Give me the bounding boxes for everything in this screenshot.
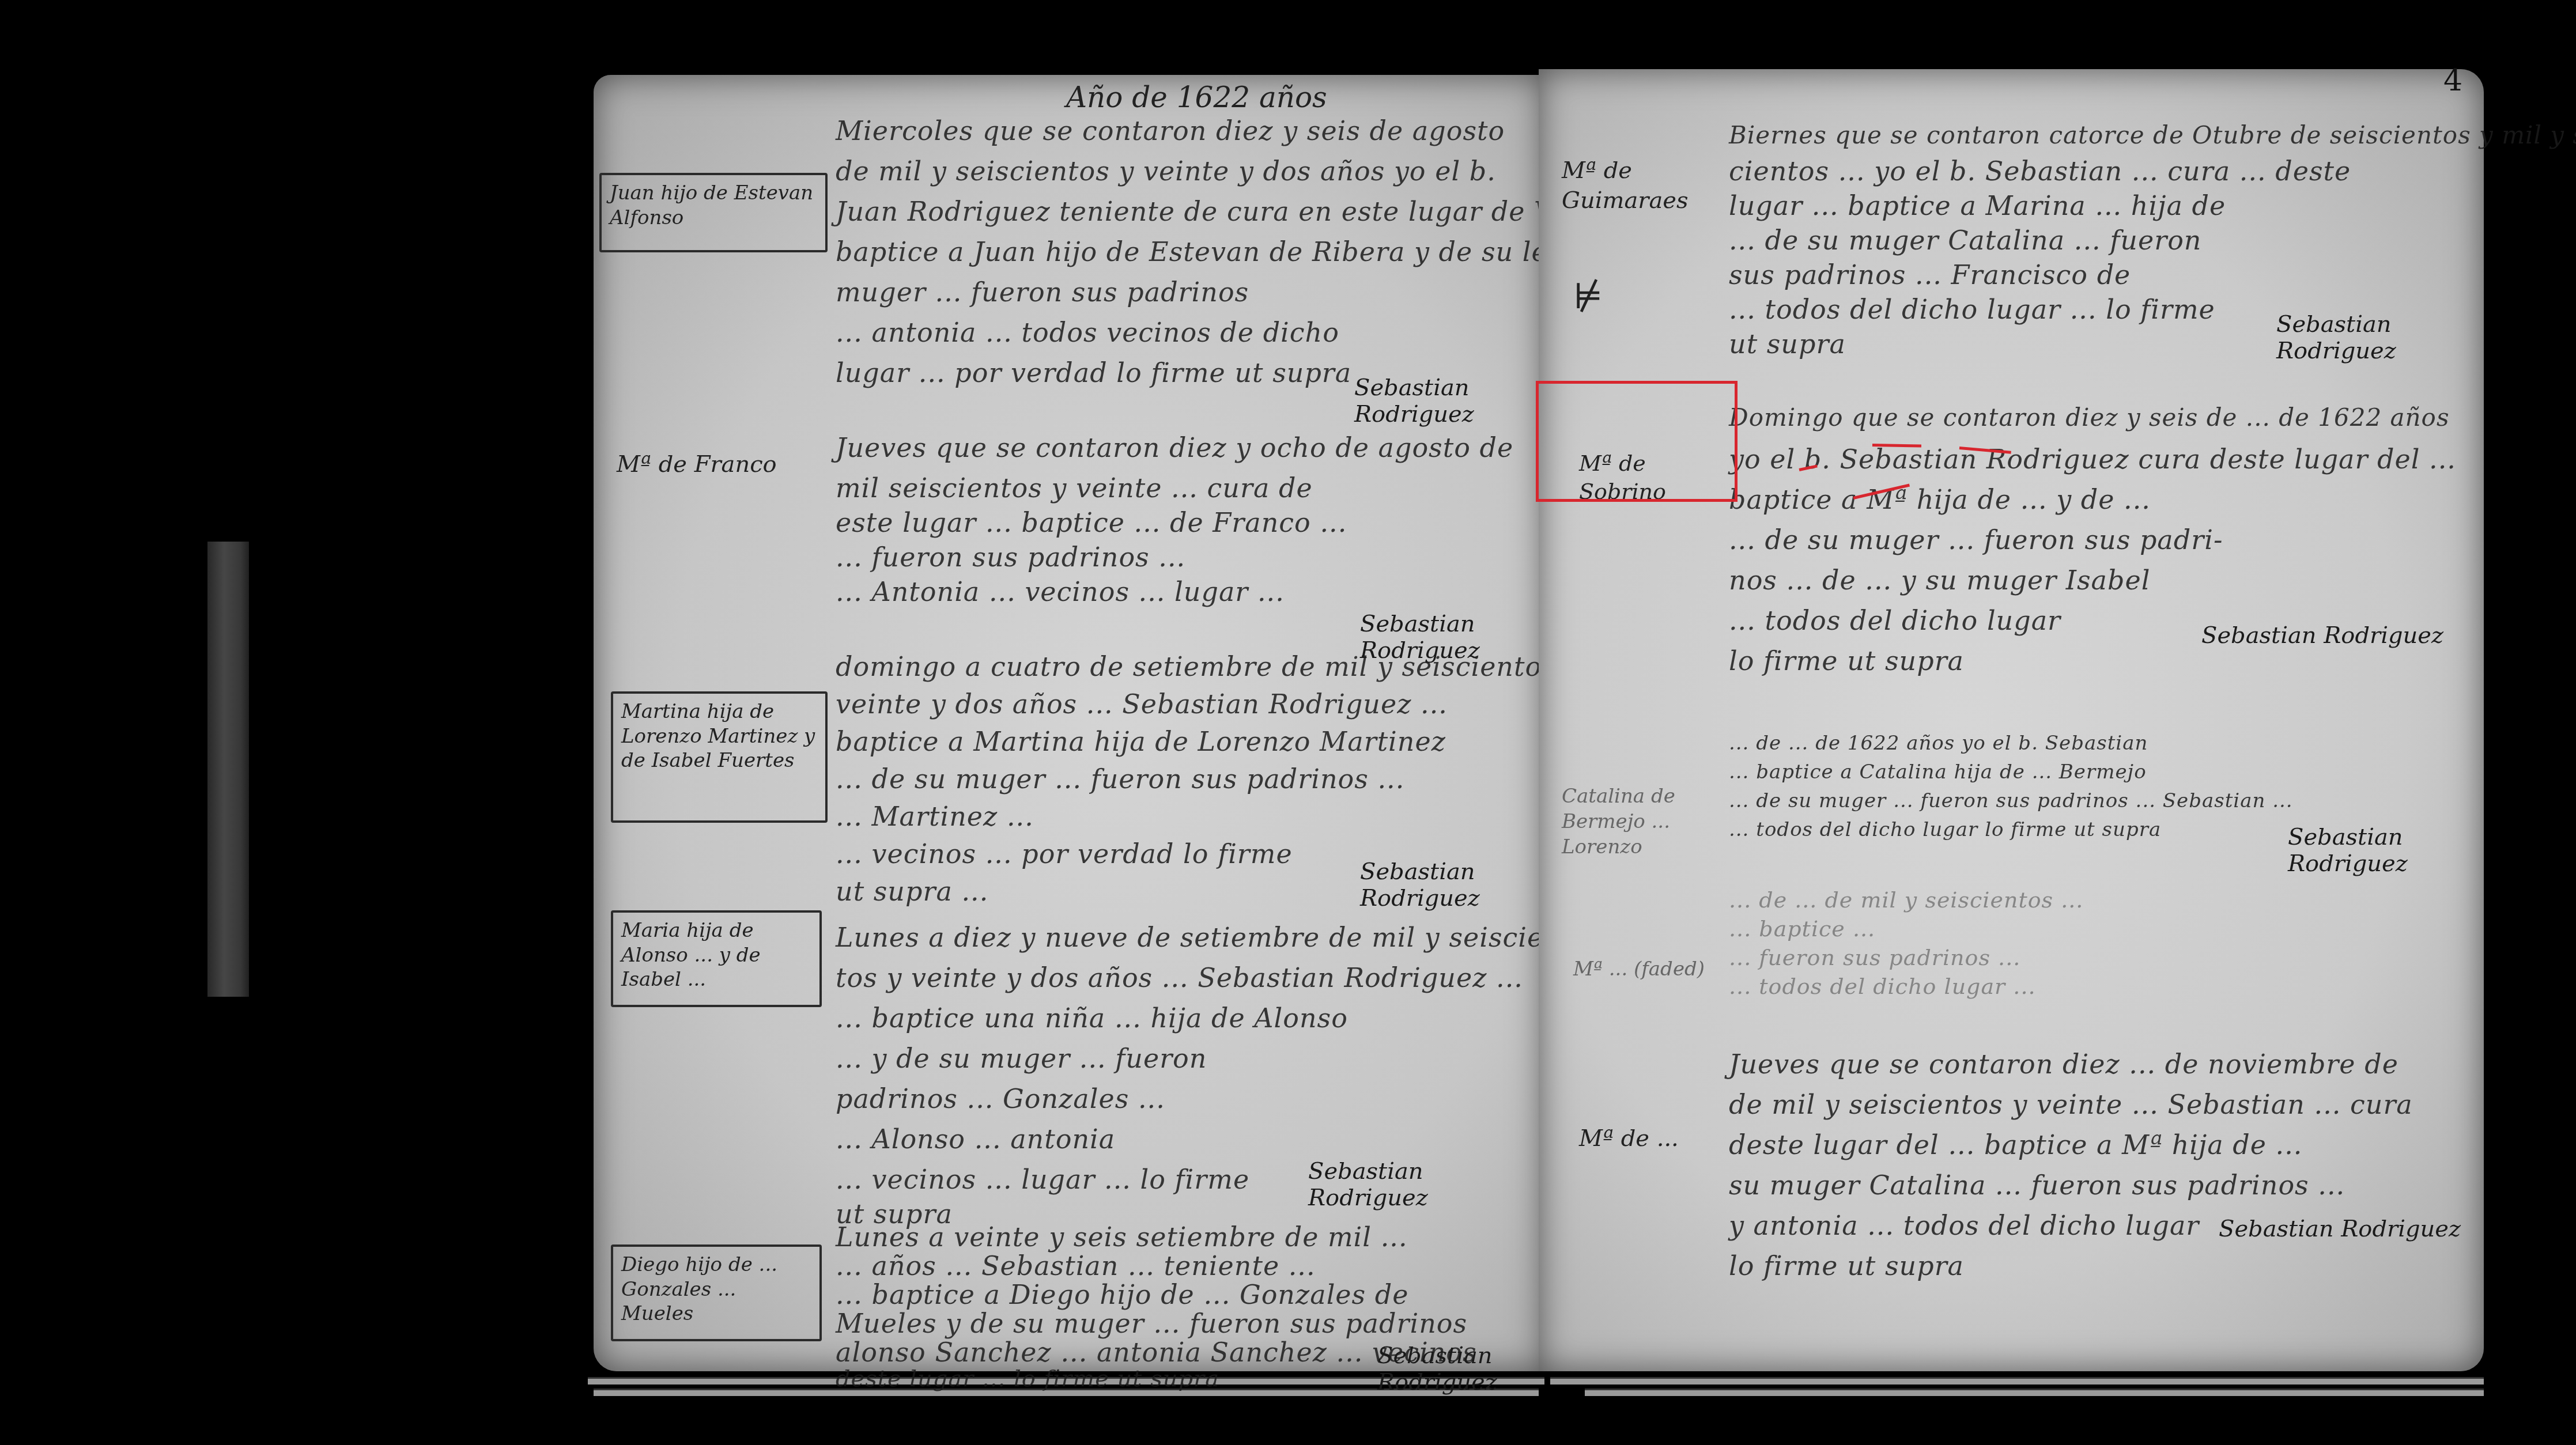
entry-line: Biernes que se contaron catorce de Otubr… xyxy=(1729,121,2576,149)
signature: Sebastian Rodriguez xyxy=(2288,824,2484,877)
margin-note-box: Martina hija de Lorenzo Martinez y de Is… xyxy=(611,691,828,823)
signature: Sebastian Rodriguez xyxy=(2201,622,2443,649)
entry-line: lugar ... por verdad lo firme ut supra xyxy=(836,357,1351,388)
margin-note-box: Maria hija de Alonso ... y de Isabel ... xyxy=(611,910,822,1007)
margin-note: Mª de Franco xyxy=(617,449,824,479)
entry-line: este lugar ... baptice ... de Franco ... xyxy=(836,507,1347,538)
entry-line: lo firme ut supra xyxy=(1729,645,1964,676)
signature: Sebastian Rodriguez xyxy=(1354,375,1544,428)
margin-note: Maria hija de Alonso ... y de Isabel ... xyxy=(621,919,761,991)
entry-line: ... Antonia ... vecinos ... lugar ... xyxy=(836,576,1285,607)
entry-line: Jueves que se contaron diez y ocho de ag… xyxy=(836,432,1513,463)
entry-line: baptice a Martina hija de Lorenzo Martin… xyxy=(836,726,1446,757)
entry-line: veinte y dos años ... Sebastian Rodrigue… xyxy=(836,689,1448,720)
entry-line: baptice a Mª hija de ... y de ... xyxy=(1729,484,2151,515)
margin-note: Catalina de Bermejo ... Lorenzo xyxy=(1562,784,1712,860)
open-register-book: Año de 1622 años Juan hijo de Estevan Al… xyxy=(571,58,2501,1406)
margin-note: Mª de Guimaraes xyxy=(1562,156,1706,215)
margin-note: Mª ... (faded) xyxy=(1573,956,1712,982)
left-page: Año de 1622 años Juan hijo de Estevan Al… xyxy=(594,75,1544,1371)
signature: Sebastian Rodriguez xyxy=(2219,1216,2461,1242)
entry-line: ... de su muger ... fueron sus padrinos … xyxy=(836,763,1404,795)
highlight-box[interactable] xyxy=(1536,381,1738,502)
entry-line: ... todos del dicho lugar lo firme ut su… xyxy=(1729,818,2161,841)
entry-line: ... fueron sus padrinos ... xyxy=(836,542,1185,573)
entry-line: Jueves que se contaron diez ... de novie… xyxy=(1729,1049,2399,1080)
entry-line: ... todos del dicho lugar xyxy=(1729,605,2061,636)
entry-line: padrinos ... Gonzales ... xyxy=(836,1083,1165,1114)
entry-line: lugar ... baptice a Marina ... hija de xyxy=(1729,190,2226,221)
entry-line: Miercoles que se contaron diez y seis de… xyxy=(836,115,1505,146)
entry-line: ... de su muger ... fueron sus padrinos … xyxy=(1729,789,2293,812)
margin-note-box: Juan hijo de Estevan Alfonso xyxy=(599,173,828,252)
entry-line: ... Martinez ... xyxy=(836,801,1034,832)
entry-line: de mil y seiscientos y veinte ... Sebast… xyxy=(1729,1089,2413,1120)
folio-number: 4 xyxy=(2443,63,2462,98)
entry-line: ut supra xyxy=(1729,328,1846,360)
margin-note: Diego hijo de ... Gonzales ... Mueles xyxy=(621,1253,777,1325)
signature: Sebastian Rodriguez xyxy=(1360,858,1544,911)
entry-line: Juan Rodriguez teniente de cura en este … xyxy=(836,196,1597,227)
signature: Sebastian Rodriguez xyxy=(1308,1158,1544,1211)
entry-line: mil seiscientos y veinte ... cura de xyxy=(836,472,1313,504)
entry-line: domingo a cuatro de setiembre de mil y s… xyxy=(836,651,1556,682)
signature: Sebastian Rodriguez xyxy=(2276,311,2484,364)
entry-line: nos ... de ... y su muger Isabel xyxy=(1729,565,2150,596)
entry-line: sus padrinos ... Francisco de xyxy=(1729,259,2131,290)
entry-line: muger ... fueron sus padrinos xyxy=(836,277,1249,308)
entry-line: tos y veinte y dos años ... Sebastian Ro… xyxy=(836,962,1523,993)
margin-note: Martina hija de Lorenzo Martinez y de Is… xyxy=(621,700,815,772)
page-edge xyxy=(1550,1377,2484,1385)
page-header-year: Año de 1622 años xyxy=(1066,81,1327,114)
entry-line: deste lugar ... lo firme ut supra xyxy=(836,1365,1219,1392)
entry-line: yo el b. Sebastian Rodriguez cura deste … xyxy=(1729,444,2456,475)
entry-line: cientos ... yo el b. Sebastian ... cura … xyxy=(1729,156,2351,187)
page-edge xyxy=(1585,1389,2484,1396)
entry-line: ... vecinos ... por verdad lo firme xyxy=(836,838,1293,869)
entry-line: Domingo que se contaron diez y seis de .… xyxy=(1729,403,2449,432)
entry-line: ... años ... Sebastian ... teniente ... xyxy=(836,1250,1316,1281)
entry-line: lo firme ut supra xyxy=(1729,1250,1964,1281)
entry-line: ... de ... de mil y seiscientos ... xyxy=(1729,887,2083,913)
entry-line: ... baptice a Catalina hija de ... Berme… xyxy=(1729,761,2147,784)
film-edge-strip xyxy=(207,542,249,997)
entry-line: de mil y seiscientos y veinte y dos años… xyxy=(836,156,1496,187)
entry-line: ut supra ... xyxy=(836,876,988,907)
entry-line: ... antonia ... todos vecinos de dicho xyxy=(836,317,1339,348)
entry-line: ... baptice una niña ... hija de Alonso xyxy=(836,1003,1348,1034)
entry-line: ... todos del dicho lugar ... xyxy=(1729,974,2036,999)
entry-line: ... baptice a Diego hijo de ... Gonzales… xyxy=(836,1279,1409,1310)
entry-line: ... de ... de 1622 años yo el b. Sebasti… xyxy=(1729,732,2148,755)
margin-note: Mª de ... xyxy=(1579,1124,1717,1153)
entry-line: ... Alonso ... antonia xyxy=(836,1124,1115,1155)
entry-line: deste lugar del ... baptice a Mª hija de… xyxy=(1729,1129,2302,1160)
entry-line: ... y de su muger ... fueron xyxy=(836,1043,1207,1074)
entry-line: ... fueron sus padrinos ... xyxy=(1729,945,2020,970)
cross-mark-icon: ⊭ xyxy=(1573,277,1603,317)
entry-line: ... de su muger Catalina ... fueron xyxy=(1729,225,2201,256)
entry-line: ... de su muger ... fueron sus padri- xyxy=(1729,524,2223,555)
entry-line: ... baptice ... xyxy=(1729,916,1875,941)
entry-line: Mueles y de su muger ... fueron sus padr… xyxy=(836,1308,1467,1339)
entry-line: baptice a Juan hijo de Estevan de Ribera… xyxy=(836,236,1637,267)
entry-line: ... todos del dicho lugar ... lo firme xyxy=(1729,294,2215,325)
entry-line: su muger Catalina ... fueron sus padrino… xyxy=(1729,1170,2345,1201)
entry-line: Lunes a diez y nueve de setiembre de mil… xyxy=(836,922,1570,953)
entry-line: ... vecinos ... lugar ... lo firme xyxy=(836,1164,1249,1195)
margin-note: Juan hijo de Estevan Alfonso xyxy=(610,181,813,229)
entry-line: Lunes a veinte y seis setiembre de mil .… xyxy=(836,1221,1408,1253)
entry-line: y antonia ... todos del dicho lugar xyxy=(1729,1210,2199,1241)
margin-note-box: Diego hijo de ... Gonzales ... Mueles xyxy=(611,1244,822,1341)
right-page: 4 Mª de Guimaraes ⊭ Biernes que se conta… xyxy=(1539,69,2484,1371)
signature: Sebastian Rodriguez xyxy=(1377,1342,1544,1395)
